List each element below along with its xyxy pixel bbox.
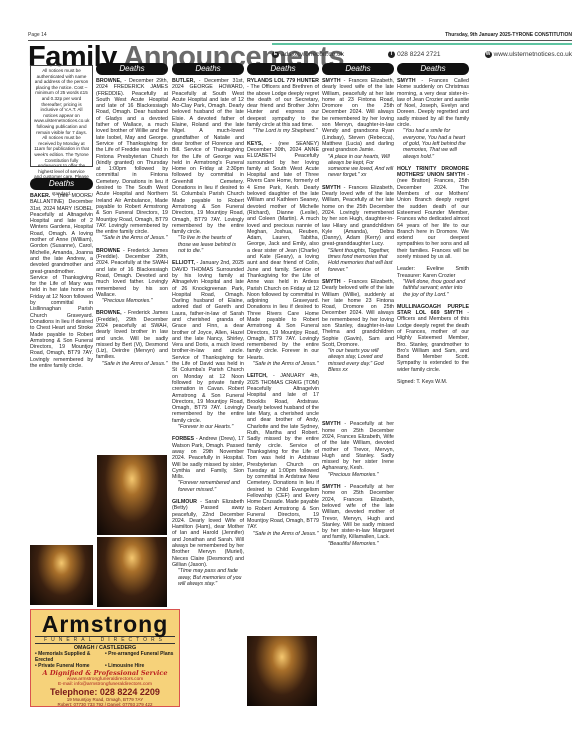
section-header-deaths: Deaths (322, 63, 394, 75)
notice: FORBES - Andrew (Drew), 17 Watson Park, … (172, 436, 244, 493)
bible-spacer (322, 379, 394, 421)
notice: SMYTH - Frances Elizabeth, dearly loved … (322, 78, 394, 179)
column-5: Deaths SMYTH - Frances Elizabeth, dearly… (322, 63, 394, 733)
website-contact[interactable]: Wwww.ulsternetnotices.co.uk (485, 51, 572, 58)
notice: GILMOUR - Sarah Elizabeth (Betty) Passed… (172, 499, 244, 587)
notice: BROWNE, - December 29th, 2024 FREDERICK … (96, 78, 168, 242)
date-line: Thursday, 9th January 2025-TYRONE CONSTI… (445, 32, 572, 38)
ad-services: • Memorials Supplied & Erected• Pre-arra… (35, 651, 175, 669)
notice: HOLY TRINITY DROMORE MOTHERS' UNION SMYT… (397, 166, 469, 260)
notice: SMYTH - Peacefully at her home on 25th D… (322, 484, 394, 547)
notice: BUTLER, - December 31st, 2024 GEORGE HOW… (172, 78, 244, 254)
phone-contact[interactable]: T028 8224 2721 (388, 51, 440, 58)
section-header-deaths: Deaths (172, 63, 244, 75)
notice: Signed: T. Keys W.M. (397, 379, 469, 385)
section-header-deaths: Deaths (30, 178, 93, 190)
candle-image (247, 636, 317, 706)
phone-icon: T (388, 51, 395, 58)
email-icon: E (272, 51, 279, 58)
section-header-deaths: Deaths (247, 63, 319, 75)
column-6: Deaths SMYTH - Frances Called Home sudde… (397, 63, 469, 503)
notice: KEYS, - (nee SEANEY) December 30th, 2024… (247, 141, 319, 368)
notice: LEITCH, - JANUARY 4th, 2025 THOMAS CRAIG… (247, 373, 319, 537)
column-1: Deaths BAKER. - (née MOORE/ BALLANTINE) … (30, 178, 93, 375)
notice: SMYTH - Peacefully at her home on 25th D… (322, 421, 394, 478)
column-2: Deaths BROWNE, - December 29th, 2024 FRE… (96, 63, 168, 373)
notice: SMYTH - Frances Elizabeth, Dearly belove… (322, 279, 394, 373)
notice: Leader: Eveline Smith Treasurer: Karen C… (397, 266, 469, 297)
notice: ELLIOTT, - January 2nd, 2025 DAVID THOMA… (172, 260, 244, 430)
column-3: Deaths BUTLER, - December 31st, 2024 GEO… (172, 63, 244, 733)
notice-terms-box: All notices must be authenticated with n… (30, 65, 93, 167)
email-contact[interactable]: Eads@tyronecon.co.uk (272, 51, 344, 58)
notice: SMYTH - Frances Called Home suddenly on … (397, 78, 469, 160)
notice: BAKER. - (née MOORE/ BALLANTINE) Decembe… (30, 193, 93, 369)
notice: RYLANDS LOL 779 HUNTER - The Officers an… (247, 78, 319, 135)
contact-bar: Eads@tyronecon.co.uk T028 8224 2721 Wwww… (272, 43, 572, 61)
candle-image (30, 545, 93, 605)
section-header-deaths: Deaths (397, 63, 469, 75)
column-4: Deaths RYLANDS LOL 779 HUNTER - The Offi… (247, 63, 319, 633)
page-number: Page 14 (28, 32, 47, 38)
candle-image (97, 455, 167, 535)
section-header-deaths: Deaths (96, 63, 168, 75)
notice: BROWNE, - Frederick James (Freddie), 29t… (96, 310, 168, 367)
candle-image (97, 537, 167, 607)
notice: BROWNE - Frederick James (Freddie). Dece… (96, 248, 168, 305)
page-header-bar: Page 14 Thursday, 9th January 2025-TYRON… (28, 29, 572, 41)
armstrong-funeral-ad[interactable]: Armstrong FUNERAL DIRECTORS OMAGH / CAST… (30, 609, 180, 707)
web-icon: W (485, 51, 492, 58)
notice: SMYTH - Frances Elizabeth, Dearly loved … (322, 185, 394, 273)
notice: MULLINAGOAGH PURPLE STAR LOL 669 SMYTH -… (397, 304, 469, 373)
